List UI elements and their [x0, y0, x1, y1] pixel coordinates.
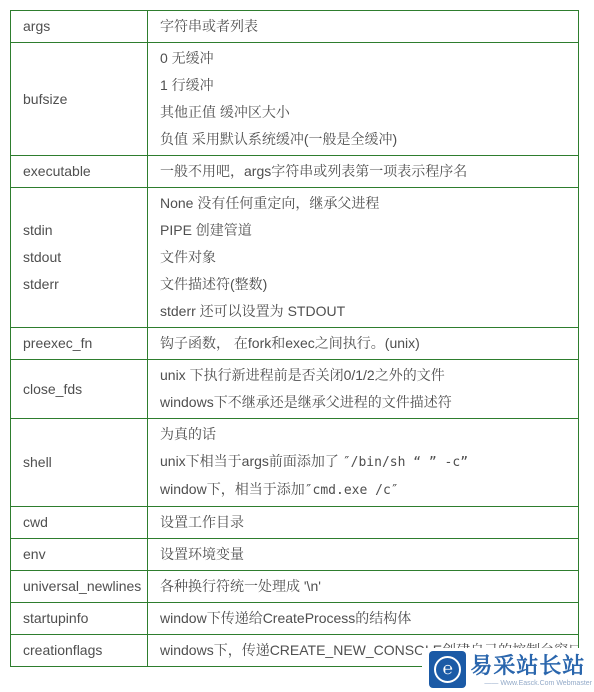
- desc-line: 各种换行符统一处理成 '\n': [160, 573, 566, 600]
- table-row: bufsize0 无缓冲1 行缓冲其他正值 缓冲区大小负值 采用默认系统缓冲(一…: [11, 43, 579, 156]
- logo-glyph: ℮: [443, 661, 453, 678]
- param-name: args: [23, 13, 135, 40]
- param-desc-cell: 字符串或者列表: [148, 11, 579, 43]
- desc-line: 设置工作目录: [160, 509, 566, 536]
- param-name-cell: shell: [11, 419, 148, 507]
- desc-line: 0 无缓冲: [160, 45, 566, 72]
- param-name: bufsize: [23, 86, 135, 113]
- param-name-cell: close_fds: [11, 360, 148, 419]
- desc-line: 负值 采用默认系统缓冲(一般是全缓冲): [160, 126, 566, 153]
- watermark-text-block: 易采站长站 —— Www.Easck.Com Webmaster: [470, 653, 592, 687]
- param-name-cell: bufsize: [11, 43, 148, 156]
- popen-parameters-table: args字符串或者列表bufsize0 无缓冲1 行缓冲其他正值 缓冲区大小负值…: [10, 10, 579, 667]
- desc-line: 设置环境变量: [160, 541, 566, 568]
- param-name: stdin: [23, 217, 135, 244]
- param-name: stdout: [23, 244, 135, 271]
- desc-line: 一般不用吧，args字符串或列表第一项表示程序名: [160, 158, 566, 185]
- easck-logo-icon: ℮: [429, 651, 466, 688]
- desc-line: None 没有任何重定向，继承父进程: [160, 190, 566, 217]
- desc-line: 字符串或者列表: [160, 13, 566, 40]
- param-name-cell: universal_newlines: [11, 571, 148, 603]
- table-row: universal_newlines各种换行符统一处理成 '\n': [11, 571, 579, 603]
- desc-line: stderr 还可以设置为 STDOUT: [160, 298, 566, 325]
- table-row: stdinstdoutstderrNone 没有任何重定向，继承父进程PIPE …: [11, 188, 579, 328]
- param-desc-cell: unix 下执行新进程前是否关闭0/1/2之外的文件windows下不继承还是继…: [148, 360, 579, 419]
- table-row: args字符串或者列表: [11, 11, 579, 43]
- param-name-cell: preexec_fn: [11, 328, 148, 360]
- watermark-subtitle: —— Www.Easck.Com Webmaster: [470, 680, 592, 687]
- param-desc-cell: 钩子函数， 在fork和exec之间执行。(unix): [148, 328, 579, 360]
- desc-line: 钩子函数， 在fork和exec之间执行。(unix): [160, 330, 566, 357]
- param-name-cell: cwd: [11, 507, 148, 539]
- param-name-cell: startupinfo: [11, 603, 148, 635]
- param-name-cell: args: [11, 11, 148, 43]
- param-name: startupinfo: [23, 605, 135, 632]
- param-desc-cell: 一般不用吧，args字符串或列表第一项表示程序名: [148, 156, 579, 188]
- desc-line: unix下相当于args前面添加了 ″/bin/sh “ ” -c”: [160, 448, 566, 476]
- param-name: universal_newlines: [23, 573, 135, 600]
- param-name: close_fds: [23, 376, 135, 403]
- param-name: creationflags: [23, 637, 135, 664]
- param-name-cell: creationflags: [11, 635, 148, 667]
- table-row: env设置环境变量: [11, 539, 579, 571]
- param-name-cell: env: [11, 539, 148, 571]
- desc-line: windows下不继承还是继承父进程的文件描述符: [160, 389, 566, 416]
- param-name: stderr: [23, 271, 135, 298]
- param-desc-cell: 各种换行符统一处理成 '\n': [148, 571, 579, 603]
- desc-line: 1 行缓冲: [160, 72, 566, 99]
- param-name-cell: executable: [11, 156, 148, 188]
- param-name: executable: [23, 158, 135, 185]
- table-row: cwd设置工作目录: [11, 507, 579, 539]
- desc-line: window下传递给CreateProcess的结构体: [160, 605, 566, 632]
- param-desc-cell: window下传递给CreateProcess的结构体: [148, 603, 579, 635]
- desc-line: unix 下执行新进程前是否关闭0/1/2之外的文件: [160, 362, 566, 389]
- param-desc-cell: 为真的话unix下相当于args前面添加了 ″/bin/sh “ ” -c”wi…: [148, 419, 579, 507]
- desc-line: PIPE 创建管道: [160, 217, 566, 244]
- watermark-title: 易采站长站: [470, 653, 592, 679]
- table-row: shell为真的话unix下相当于args前面添加了 ″/bin/sh “ ” …: [11, 419, 579, 507]
- logo-circle: ℮: [434, 656, 461, 683]
- param-table-body: args字符串或者列表bufsize0 无缓冲1 行缓冲其他正值 缓冲区大小负值…: [11, 11, 579, 667]
- param-desc-cell: 0 无缓冲1 行缓冲其他正值 缓冲区大小负值 采用默认系统缓冲(一般是全缓冲): [148, 43, 579, 156]
- desc-line: window下，相当于添加″cmd.exe /c″: [160, 476, 566, 504]
- table-row: preexec_fn钩子函数， 在fork和exec之间执行。(unix): [11, 328, 579, 360]
- watermark: ℮ 易采站长站 —— Www.Easck.Com Webmaster: [422, 648, 594, 691]
- param-desc-cell: None 没有任何重定向，继承父进程PIPE 创建管道文件对象文件描述符(整数)…: [148, 188, 579, 328]
- param-name-cell: stdinstdoutstderr: [11, 188, 148, 328]
- table-row: executable一般不用吧，args字符串或列表第一项表示程序名: [11, 156, 579, 188]
- table-row: close_fdsunix 下执行新进程前是否关闭0/1/2之外的文件windo…: [11, 360, 579, 419]
- desc-line: 其他正值 缓冲区大小: [160, 99, 566, 126]
- page: args字符串或者列表bufsize0 无缓冲1 行缓冲其他正值 缓冲区大小负值…: [0, 0, 594, 692]
- param-name: env: [23, 541, 135, 568]
- param-name: cwd: [23, 509, 135, 536]
- desc-line: 文件对象: [160, 244, 566, 271]
- param-desc-cell: 设置环境变量: [148, 539, 579, 571]
- param-name: shell: [23, 449, 135, 476]
- desc-line: 文件描述符(整数): [160, 271, 566, 298]
- param-name: preexec_fn: [23, 330, 135, 357]
- param-desc-cell: 设置工作目录: [148, 507, 579, 539]
- table-row: startupinfowindow下传递给CreateProcess的结构体: [11, 603, 579, 635]
- desc-line: 为真的话: [160, 421, 566, 448]
